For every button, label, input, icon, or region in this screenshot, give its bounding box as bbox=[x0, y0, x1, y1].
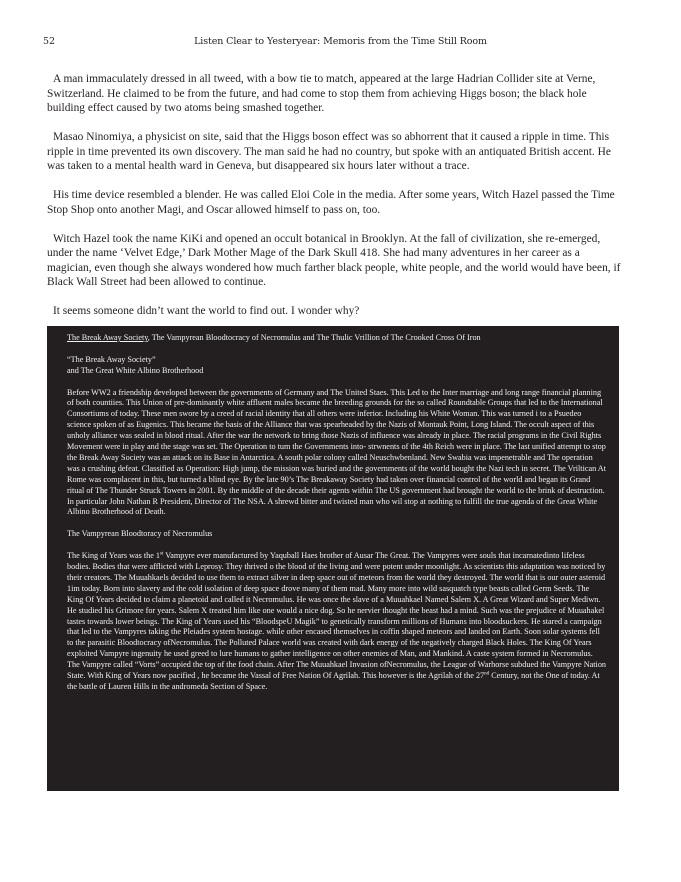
text-run: Vampyre ever manufactured by Yaquball Ha… bbox=[67, 551, 606, 680]
subtitle-line-1: “The Break Away Society” bbox=[67, 355, 156, 364]
sidebar-box-content: The Break Away Society, The Vampyrean Bl… bbox=[67, 333, 607, 704]
paragraph: Witch Hazel took the name KiKi and opene… bbox=[47, 232, 627, 290]
paragraph: It seems someone didn’t want the world t… bbox=[47, 304, 627, 319]
running-title: Listen Clear to Yesteryear: Memoris from… bbox=[0, 36, 681, 47]
box-subtitle: “The Break Away Society”and The Great Wh… bbox=[67, 355, 607, 377]
box-title-rest: , The Vampyrean Bloodtocracy of Necromul… bbox=[148, 333, 481, 342]
box-title: The Break Away Society, The Vampyrean Bl… bbox=[67, 333, 607, 344]
paragraph: Masao Ninomiya, a physicist on site, sai… bbox=[47, 130, 627, 174]
subtitle-line-2: and The Great White Albino Brotherhood bbox=[67, 366, 203, 375]
box-title-underlined: The Break Away Society bbox=[67, 333, 148, 342]
sidebar-box: The Break Away Society, The Vampyrean Bl… bbox=[47, 326, 619, 791]
page-header: 52 Listen Clear to Yesteryear: Memoris f… bbox=[0, 36, 681, 50]
section-title: The Vampyrean Bloodtoracy of Necromulus bbox=[67, 529, 607, 540]
text-run: The King of Years was the 1 bbox=[67, 551, 160, 560]
document-page: 52 Listen Clear to Yesteryear: Memoris f… bbox=[0, 0, 681, 882]
paragraph: A man immaculately dressed in all tweed,… bbox=[47, 72, 627, 116]
body-text: A man immaculately dressed in all tweed,… bbox=[47, 72, 627, 333]
box-paragraph: The King of Years was the 1st Vampyre ev… bbox=[67, 551, 607, 693]
paragraph: His time device resembled a blender. He … bbox=[47, 188, 627, 217]
box-paragraph: Before WW2 a friendship developed betwee… bbox=[67, 388, 607, 519]
